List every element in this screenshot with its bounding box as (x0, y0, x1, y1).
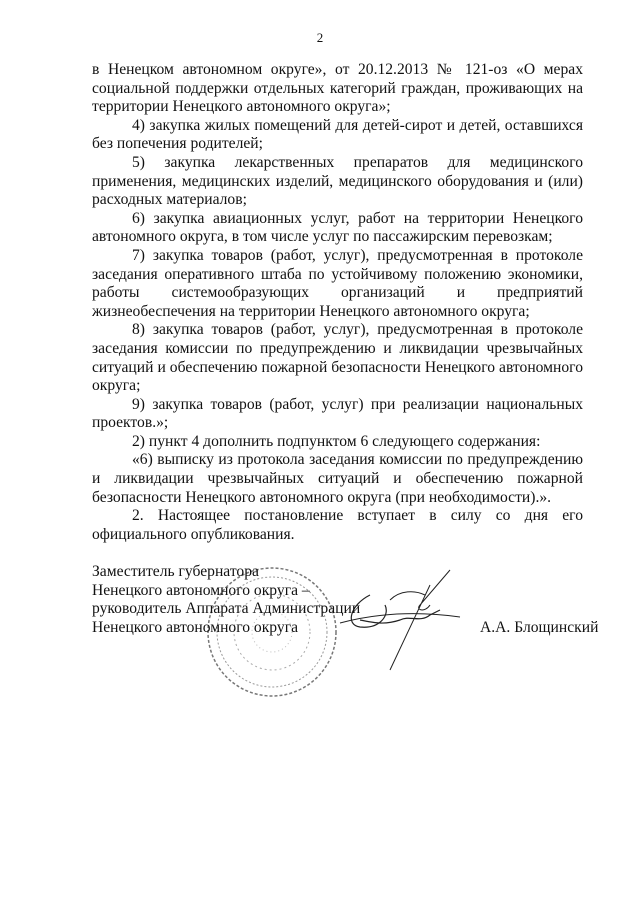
position-line: Ненецкого автономного округа (92, 619, 360, 638)
position-line: Заместитель губернатора (92, 563, 360, 582)
paragraph-item-7: 7) закупка товаров (работ, услуг), преду… (92, 247, 583, 321)
paragraph-item-6: 6) закупка авиационных услуг, работ на т… (92, 210, 583, 247)
position-line: Ненецкого автономного округа – (92, 582, 360, 601)
paragraph-subitem-6: «6) выписку из протокола заседания комис… (92, 451, 583, 507)
position-line: руководитель Аппарата Администрации (92, 600, 360, 619)
signer-name: А.А. Блощинский (480, 619, 598, 637)
paragraph-amendment-2: 2) пункт 4 дополнить подпунктом 6 следую… (92, 433, 583, 452)
page-number: 2 (0, 30, 640, 46)
paragraph-effective-date: 2. Настоящее постановление вступает в си… (92, 507, 583, 544)
paragraph-item-8: 8) закупка товаров (работ, услуг), преду… (92, 321, 583, 395)
signature-position-block: Заместитель губернатора Ненецкого автоно… (92, 563, 360, 637)
paragraph-continuation: в Ненецком автономном округе», от 20.12.… (92, 61, 583, 117)
paragraph-item-9: 9) закупка товаров (работ, услуг) при ре… (92, 396, 583, 433)
document-body: в Ненецком автономном округе», от 20.12.… (92, 61, 583, 544)
paragraph-item-4: 4) закупка жилых помещений для детей-сир… (92, 117, 583, 154)
paragraph-item-5: 5) закупка лекарственных препаратов для … (92, 154, 583, 210)
